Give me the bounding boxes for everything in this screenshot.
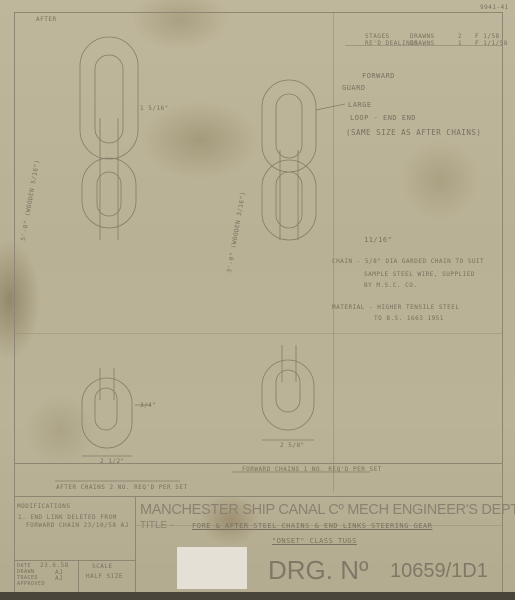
label-guard: GUARD bbox=[342, 84, 366, 92]
label-forward: FORWARD bbox=[362, 72, 395, 80]
label-loop-end: LOOP - END END bbox=[350, 114, 416, 122]
traced-value: AJ bbox=[55, 575, 63, 582]
modifications-header: MODIFICATIONS bbox=[17, 503, 70, 510]
modification-line2: FORWARD CHAIN 23/10/58 AJ bbox=[26, 522, 129, 529]
label-same-size: (SAME SIZE AS AFTER CHAINS) bbox=[346, 128, 481, 137]
dim-small: 1 5/16" bbox=[140, 105, 169, 112]
material-line2: TO B.S. 1663 1951 bbox=[374, 315, 444, 322]
title-label: TITLE - bbox=[140, 520, 173, 531]
paper-label-patch bbox=[177, 547, 247, 589]
approved-label: APPROVED bbox=[17, 581, 45, 587]
dim-small: 2 1/2" bbox=[100, 458, 125, 465]
after-chains-note: AFTER CHAINS 2 No. REQ'D PER SET bbox=[56, 484, 188, 491]
forward-chains-note: FORWARD CHAINS 1 No. REQ'D PER SET bbox=[242, 466, 382, 473]
label-large: LARGE bbox=[348, 101, 372, 109]
chain-spec-line3: BY M.S.C. CO. bbox=[364, 282, 417, 289]
drg-label: DRG. Nº bbox=[268, 555, 369, 586]
date-value: 23.6.58 bbox=[40, 562, 69, 569]
modification-line1: 1. END LINK DELETED FROM bbox=[18, 514, 117, 521]
scale-value: HALF SIZE bbox=[86, 573, 123, 580]
scale-label: SCALE bbox=[92, 563, 113, 570]
drawing-sheet: AFTER 9941-41 STAGES DRAWNS 2 F 1/58 RE'… bbox=[0, 0, 515, 600]
dim-fraction: 11/16" bbox=[364, 236, 392, 244]
chain-spec-line1: CHAIN - 5/8" DIA GARDED CHAIN TO SUIT bbox=[332, 258, 484, 265]
dim-small: 3/4" bbox=[140, 402, 156, 409]
scan-edge bbox=[0, 592, 515, 600]
company-name: MANCHESTER SHIP CANAL Cº MECH ENGINEER'S… bbox=[140, 502, 515, 518]
chain-spec-line2: SAMPLE STEEL WIRE, SUPPLIED bbox=[364, 271, 475, 278]
drg-number: 10659/1D1 bbox=[390, 560, 488, 583]
title-text: FORE & AFTER STEEL CHAINS & END LINKS ST… bbox=[192, 522, 432, 530]
material-line1: MATERIAL - HIGHER TENSILE STEEL bbox=[332, 304, 459, 311]
subtitle: "ONSET" CLASS TUGS bbox=[272, 537, 357, 545]
dim-small: 2 5/8" bbox=[280, 442, 305, 449]
